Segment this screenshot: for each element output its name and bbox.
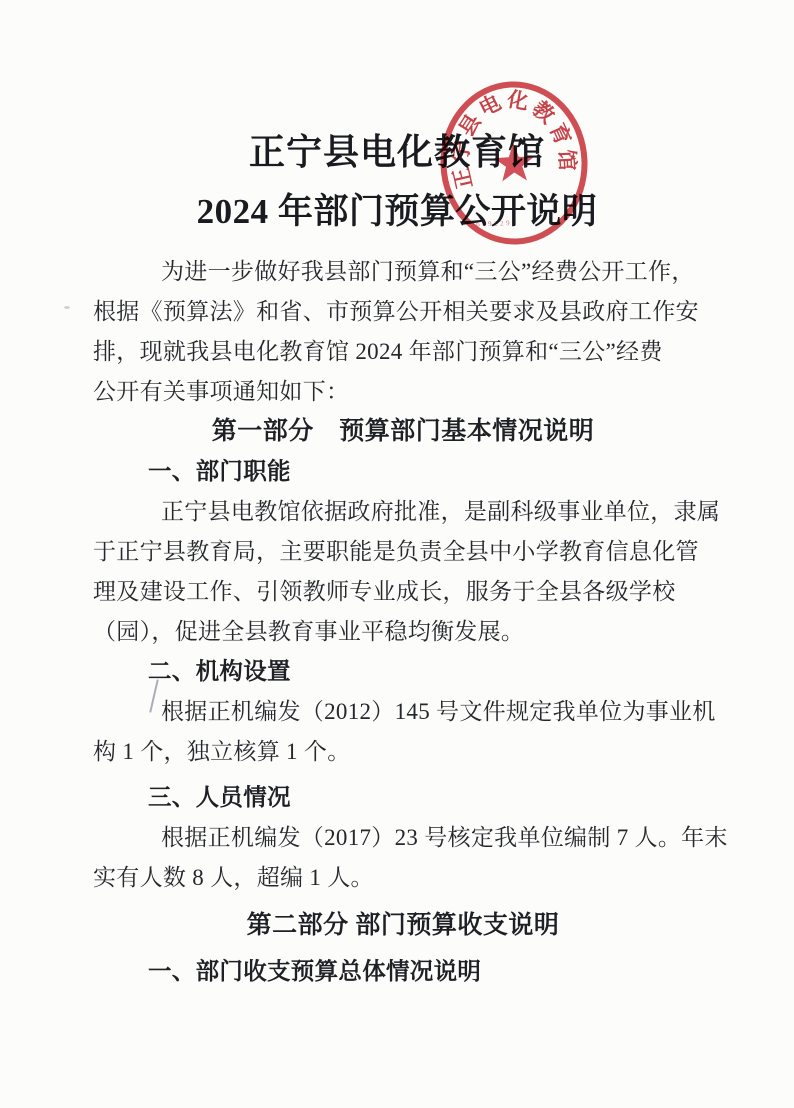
paragraph-line: 正宁县电教馆依据政府批准，是副科级事业单位，隶属 [93,492,713,532]
scan-speck [64,306,70,309]
section-heading-part1: 第一部分 预算部门基本情况说明 [93,412,713,452]
section-heading-part2: 第二部分 部门预算收支说明 [93,906,713,946]
paragraph-line: 根据正机编发（2017）23 号核定我单位编制 7 人。年末 [93,818,713,858]
seal-code: 619229 [476,219,512,228]
paragraph-line: 根据正机编发（2012）145 号文件规定我单位为事业机 [93,692,713,732]
paragraph-line: 公开有关事项通知如下： [93,372,713,412]
paragraph-line: 排，现就我县电化教育馆 2024 年部门预算和“三公”经费 [93,332,713,372]
paragraph-line: 根据《预算法》和省、市预算公开相关要求及县政府工作安 [93,292,713,332]
document-body: 为进一步做好我县部门预算和“三公”经费公开工作， 根据《预算法》和省、市预算公开… [93,252,713,992]
seal-star-icon [493,142,534,181]
subheading-functions: 一、部门职能 [93,452,713,492]
paragraph-line: 构 1 个，独立核算 1 个。 [93,732,713,772]
document-subtitle: 2024 年部门预算公开说明 [0,191,794,233]
subheading-budget-overview: 一、部门收支预算总体情况说明 [93,952,713,992]
paragraph-line: 理及建设工作、引领教师专业成长，服务于全县各级学校 [93,572,713,612]
scanned-document-page: 正宁县电化教育馆 2024 年部门预算公开说明 正宁县电化教育馆 619229 … [0,0,794,1108]
official-seal-stamp: 正宁县电化教育馆 619229 [430,71,598,255]
paragraph-line: 实有人数 8 人，超编 1 人。 [93,858,713,898]
paragraph-line: 于正宁县教育局，主要职能是负责全县中小学教育信息化管 [93,532,713,572]
document-title: 正宁县电化教育馆 [0,131,794,173]
paragraph-line: （园），促进全县教育事业平稳均衡发展。 [93,612,713,652]
subheading-personnel: 三、人员情况 [93,778,713,818]
paragraph-line: 为进一步做好我县部门预算和“三公”经费公开工作， [93,252,713,292]
subheading-organization: 二、机构设置 [93,652,713,692]
